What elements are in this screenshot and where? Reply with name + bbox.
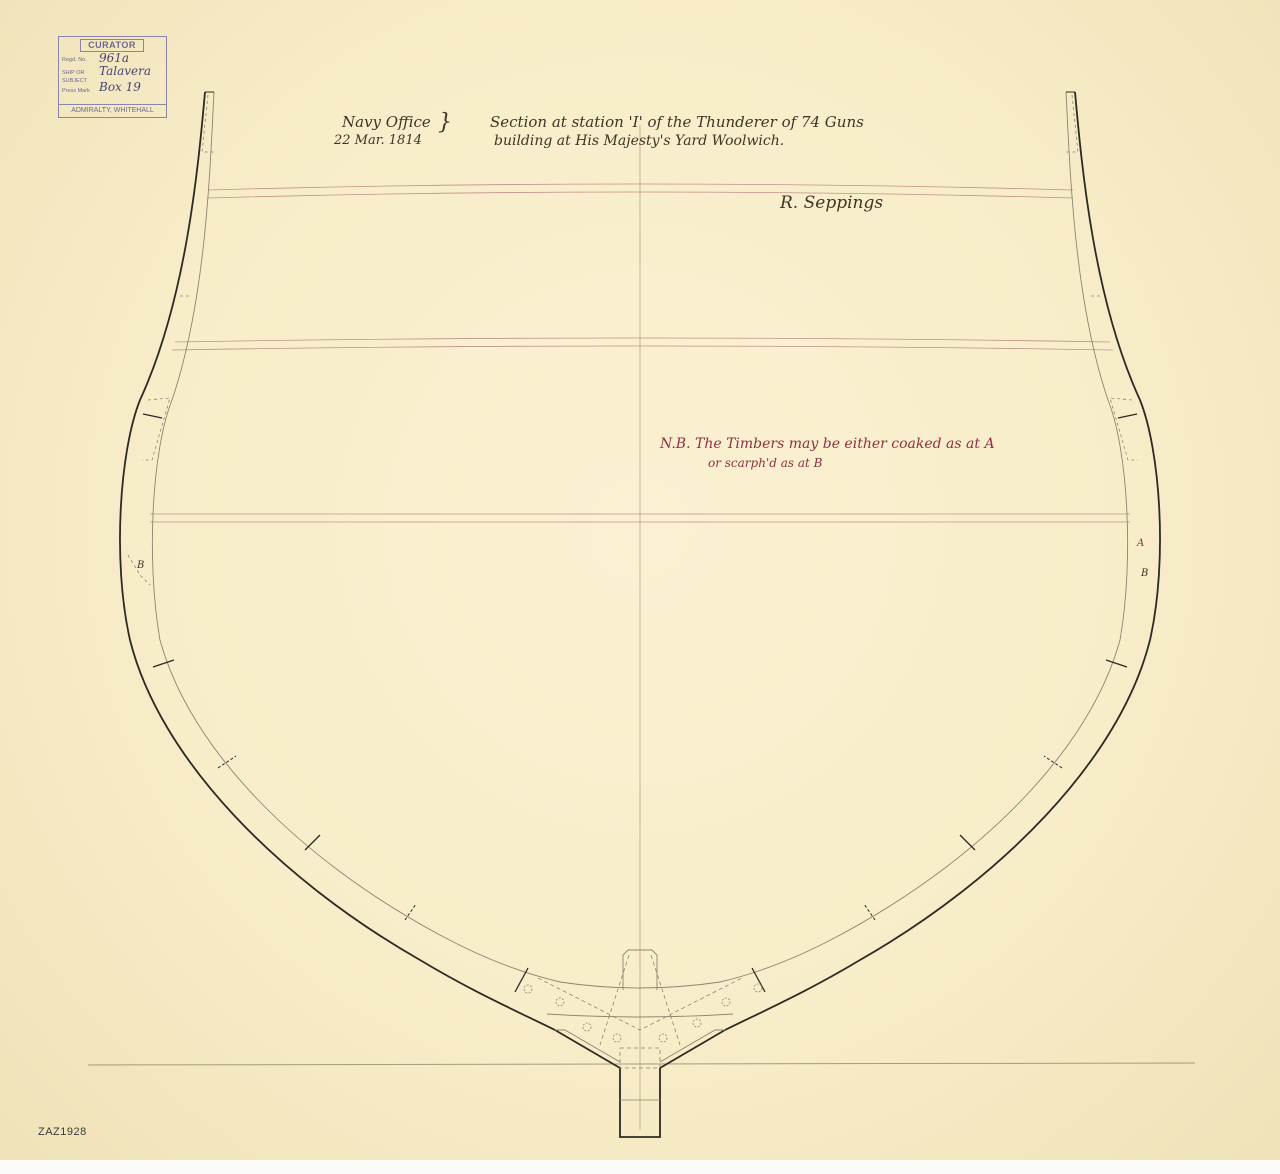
label-b-left: B: [137, 560, 144, 571]
baseline: [88, 1063, 1195, 1065]
stamp-value-press: Box 19: [99, 80, 141, 94]
label-b-right: B: [1141, 568, 1148, 579]
title-brace: }: [438, 110, 452, 135]
stamp-label-ship: SHIP OR: [62, 70, 85, 76]
title-left-line2: 22 Mar. 1814: [334, 133, 422, 148]
stamp-label-press: Press Mark: [62, 88, 90, 94]
stamp-footer: ADMIRALTY, WHITEHALL: [59, 104, 166, 117]
title-right-line1: Section at station 'I' of the Thunderer …: [490, 113, 864, 131]
stamp-label-regd: Regd. No.: [62, 57, 87, 63]
stamp-label-subject: SUBJECT: [62, 78, 87, 84]
stamp-value-ship: Talavera: [99, 64, 151, 78]
curator-stamp: CURATOR Regd. No. 961a SHIP OR Talavera …: [58, 36, 167, 118]
stamp-value-regd: 961a: [99, 51, 129, 65]
label-a-right: A: [1137, 538, 1144, 549]
hull-section-drawing: [0, 0, 1280, 1174]
note-line1: N.B. The Timbers may be either coaked as…: [660, 436, 995, 452]
catalogue-number: ZAZ1928: [38, 1126, 87, 1138]
signature: R. Seppings: [780, 193, 883, 213]
note-line2: or scarph'd as at B: [708, 456, 823, 470]
title-right-line2: building at His Majesty's Yard Woolwich.: [494, 133, 784, 149]
title-left-line1: Navy Office: [342, 113, 431, 131]
